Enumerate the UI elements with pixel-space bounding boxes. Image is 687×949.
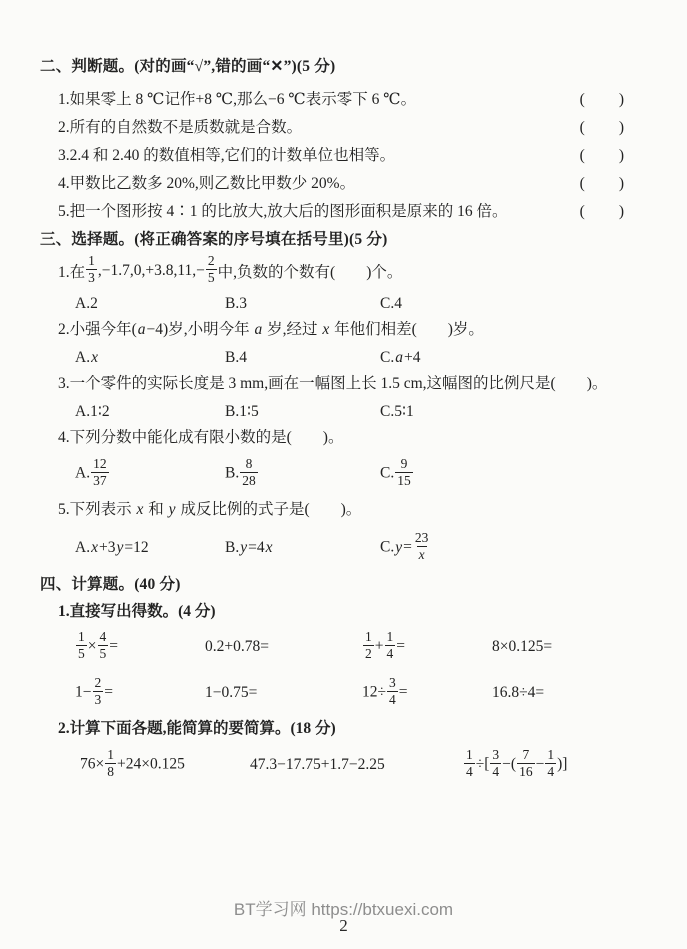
page-number: 2 (0, 916, 687, 936)
fraction: 23x (413, 530, 431, 562)
math-variable: x (136, 501, 145, 518)
fraction: 14 (464, 747, 475, 779)
equation: 0.2+0.78= (205, 638, 362, 656)
math-variable: y (239, 539, 248, 556)
math-variable: y (394, 539, 403, 556)
equation: 1−0.75= (205, 684, 362, 702)
equation: 15×45= (75, 631, 205, 663)
fraction: 25 (206, 253, 217, 285)
math-variable: a (253, 321, 263, 338)
math-variable: x (90, 539, 99, 556)
choice-options-3: A.1∶2 B.1∶5 C.5∶1 (40, 398, 647, 425)
option-b: B.y=4x (225, 539, 380, 557)
expression: 47.3−17.75+1.7−2.25 (250, 756, 463, 774)
fraction: 14 (385, 629, 396, 661)
equation: 12÷34= (362, 677, 492, 709)
equation: 1−23= (75, 677, 205, 709)
option-b: B.3 (225, 295, 380, 313)
answer-bracket: ( ) (580, 143, 625, 165)
math-variable: a (137, 321, 147, 338)
equation: 8×0.125= (492, 638, 647, 656)
oral-calc-row-1: 15×45= 0.2+0.78= 12+14= 8×0.125= (40, 624, 647, 670)
judgment-statement: 4.甲数比乙数多 20%,则乙数比甲数少 20%。 (58, 171, 355, 193)
choice-question-4: 4.下列分数中能化成有限小数的是( )。 (40, 425, 647, 452)
option-b: B.1∶5 (225, 402, 380, 421)
choice-question-1: 1.在13,−1.7,0,+3.8,11,−25中,负数的个数有( )个。 (40, 252, 647, 290)
judgment-item-4: 4.甲数比乙数多 20%,则乙数比甲数少 20%。 ( ) (40, 171, 625, 199)
option-c: C.y=23x (380, 532, 647, 564)
math-variable: x (90, 349, 99, 366)
judgment-item-2: 2.所有的自然数不是质数就是合数。 ( ) (40, 115, 625, 143)
option-b: B.4 (225, 349, 380, 367)
fraction: 915 (395, 456, 413, 488)
math-variable: y (115, 539, 124, 556)
option-c: C.4 (380, 295, 647, 313)
option-a: A.x+3y=12 (75, 539, 225, 557)
fraction: 34 (387, 675, 398, 707)
fraction: 1237 (91, 456, 109, 488)
option-a: A.1∶2 (75, 402, 225, 421)
math-variable: x (265, 539, 274, 556)
fraction: 12 (363, 629, 374, 661)
judgment-item-3: 3.2.4 和 2.40 的数值相等,它们的计数单位也相等。 ( ) (40, 143, 625, 171)
option-a: A.2 (75, 295, 225, 313)
judgment-item-1: 1.如果零上 8 ℃记作+8 ℃,那么−6 ℃表示零下 6 ℃。 ( ) (40, 87, 625, 115)
judgment-statement: 2.所有的自然数不是质数就是合数。 (58, 115, 302, 137)
section4-sub1-title: 1.直接写出得数。(4 分) (40, 599, 647, 624)
fraction: 18 (105, 747, 116, 779)
math-variable: a (394, 349, 404, 366)
section4-sub2-title: 2.计算下面各题,能简算的要简算。(18 分) (40, 716, 647, 740)
judgment-statement: 3.2.4 和 2.40 的数值相等,它们的计数单位也相等。 (58, 143, 395, 165)
option-c: C.915 (380, 458, 647, 490)
judgment-item-5: 5.把一个图形按 4∶1 的比放大,放大后的图形面积是原来的 16 倍。 ( ) (40, 199, 625, 227)
fraction: 15 (76, 629, 87, 661)
section3-title: 三、选择题。(将正确答案的序号填在括号里)(5 分) (40, 227, 647, 252)
choice-options-4: A.1237 B.828 C.915 (40, 452, 647, 497)
option-a: A.1237 (75, 458, 225, 490)
expression: 76×18+24×0.125 (80, 749, 250, 781)
fraction: 14 (545, 747, 556, 779)
option-a: A.x (75, 349, 225, 367)
fraction: 23 (93, 675, 104, 707)
answer-bracket: ( ) (580, 87, 625, 109)
equation: 16.8÷4= (492, 684, 647, 702)
fraction: 45 (98, 629, 109, 661)
answer-bracket: ( ) (580, 115, 625, 137)
section4-title: 四、计算题。(40 分) (40, 572, 647, 599)
equation: 12+14= (362, 631, 492, 663)
choice-question-3: 3.一个零件的实际长度是 3 mm,画在一幅图上长 1.5 cm,这幅图的比例尺… (40, 371, 647, 398)
oral-calc-row-2: 1−23= 1−0.75= 12÷34= 16.8÷4= (40, 670, 647, 716)
choice-options-2: A.x B.4 C.a+4 (40, 344, 647, 371)
option-b: B.828 (225, 458, 380, 490)
math-variable: x (321, 321, 330, 338)
option-c: C.a+4 (380, 349, 647, 367)
judgment-statement: 5.把一个图形按 4∶1 的比放大,放大后的图形面积是原来的 16 倍。 (58, 199, 508, 221)
judgment-statement: 1.如果零上 8 ℃记作+8 ℃,那么−6 ℃表示零下 6 ℃。 (58, 87, 416, 109)
fraction: 13 (86, 253, 97, 285)
fraction: 828 (240, 456, 258, 488)
page-content: 二、判断题。(对的画“√”,错的画“✕”)(5 分) 1.如果零上 8 ℃记作+… (40, 54, 647, 790)
exam-paper-page: 二、判断题。(对的画“√”,错的画“✕”)(5 分) 1.如果零上 8 ℃记作+… (0, 0, 687, 949)
simplify-calc-row: 76×18+24×0.125 47.3−17.75+1.7−2.25 14÷[3… (40, 740, 647, 790)
fraction: 716 (517, 747, 535, 779)
answer-bracket: ( ) (580, 171, 625, 193)
option-c: C.5∶1 (380, 402, 647, 421)
fraction: 34 (490, 747, 501, 779)
answer-bracket: ( ) (580, 199, 625, 221)
section2-title: 二、判断题。(对的画“√”,错的画“✕”)(5 分) (40, 54, 647, 87)
choice-question-5: 5.下列表示 x 和 y 成反比例的式子是( )。 (40, 497, 647, 524)
expression: 14÷[34−(716−14)] (463, 749, 647, 781)
choice-options-5: A.x+3y=12 B.y=4x C.y=23x (40, 524, 647, 572)
choice-question-2: 2.小强今年(a−4)岁,小明今年 a 岁,经过 x 年他们相差( )岁。 (40, 317, 647, 344)
choice-options-1: A.2 B.3 C.4 (40, 290, 647, 317)
math-variable: y (168, 501, 177, 518)
